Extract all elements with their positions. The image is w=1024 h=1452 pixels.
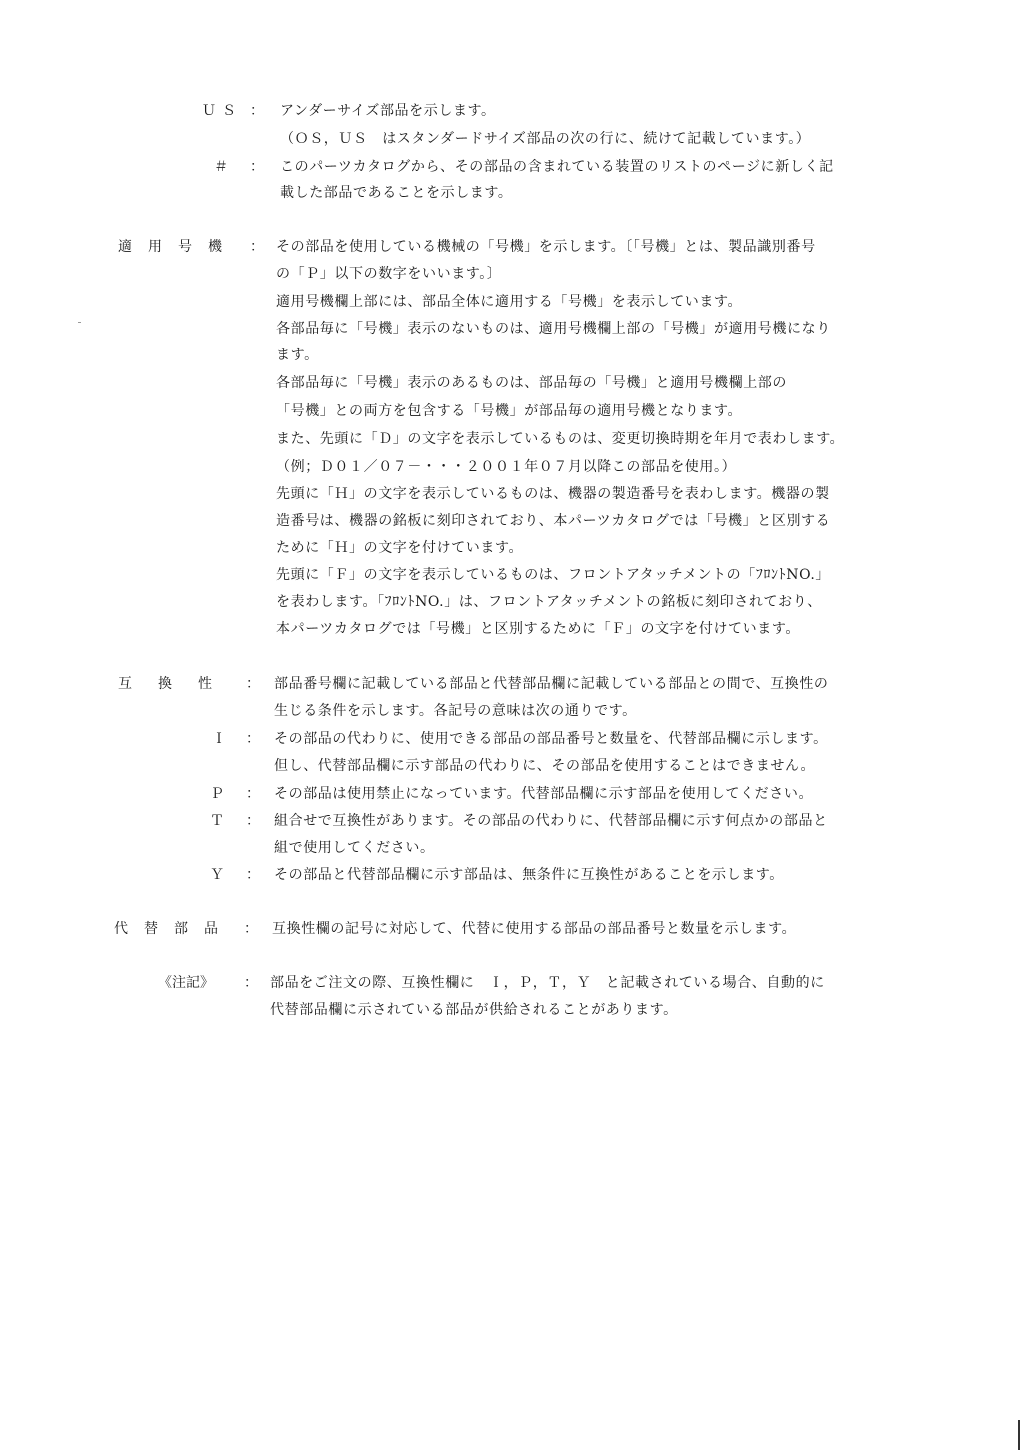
applicable-line-4: 各部品毎に「号機」表示のないものは、適用号機欄上部の「号機」が適用号機になり bbox=[276, 316, 831, 343]
applicable-line-6: 各部品毎に「号機」表示のあるものは、部品毎の「号機」と適用号機欄上部の bbox=[276, 370, 787, 397]
applicable-line-7: 「号機」との両方を包含する「号機」が部品毎の適用号機となります。 bbox=[276, 398, 742, 425]
applicable-line-3: 適用号機欄上部には、部品全体に適用する「号機」を表示しています。 bbox=[276, 289, 742, 316]
hash-line-1: このパーツカタログから、その部品の含まれている装置のリストのページに新しく記 bbox=[280, 154, 834, 181]
colon: ： bbox=[250, 154, 264, 181]
term-compatibility: 互換性 bbox=[118, 671, 238, 698]
code-p-line-1: その部品は使用禁止になっています。代替部品欄に示す部品を使用してください。 bbox=[274, 781, 813, 808]
scan-edge-mark bbox=[1018, 1420, 1020, 1450]
applicable-line-14: を表わします。「ﾌﾛﾝﾄNO.」は、フロントアタッチメントの銘板に刻印されており… bbox=[276, 589, 822, 616]
code-y-line-1: その部品と代替部品欄に示す部品は、無条件に互換性があることを示します。 bbox=[274, 862, 784, 889]
colon: ： bbox=[246, 671, 260, 698]
scan-speck bbox=[78, 322, 81, 323]
code-i-line-1: その部品の代わりに、使用できる部品の部品番号と数量を、代替部品欄に示します。 bbox=[274, 726, 828, 753]
compat-line-2: 生じる条件を示します。各記号の意味は次の通りです。 bbox=[274, 698, 637, 725]
term-us: ＵＳ bbox=[202, 98, 242, 125]
code-i: Ｉ bbox=[212, 726, 226, 753]
code-i-line-2: 但し、代替部品欄に示す部品の代わりに、その部品を使用することはできません。 bbox=[274, 753, 815, 780]
term-applicable-serial: 適用号機 bbox=[118, 234, 238, 261]
note-line-1: 部品をご注文の際、互換性欄に Ｉ，Ｐ，Ｔ，Ｙ と記載されている場合、自動的に bbox=[270, 970, 825, 997]
colon: ： bbox=[246, 862, 260, 889]
applicable-line-2: の「Ｐ」以下の数字をいいます。〕 bbox=[276, 261, 501, 288]
colon: ： bbox=[244, 970, 258, 997]
applicable-line-10: 先頭に「Ｈ」の文字を表示しているものは、機器の製造番号を表わします。機器の製 bbox=[276, 481, 830, 508]
term-note: 《注記》 bbox=[158, 970, 214, 997]
compat-line-1: 部品番号欄に記載している部品と代替部品欄に記載している部品との間で、互換性の bbox=[274, 671, 829, 698]
document-page: ＵＳ ： アンダーサイズ部品を示します。 （ＯＳ，ＵＳ はスタンダードサイズ部品… bbox=[0, 0, 1024, 1452]
applicable-line-15: 本パーツカタログでは「号機」と区別するために「Ｆ」の文字を付けています。 bbox=[276, 616, 800, 643]
hash-line-2: 載した部品であることを示します。 bbox=[280, 180, 512, 207]
applicable-line-1: その部品を使用している機械の「号機」を示します。〔「号機」とは、製品識別番号 bbox=[276, 234, 816, 261]
applicable-line-9: （例；Ｄ０１／０７－・・・２００１年０７月以降この部品を使用。） bbox=[276, 454, 736, 481]
applicable-line-5: ます。 bbox=[276, 342, 319, 369]
applicable-line-12: ために「Ｈ」の文字を付けています。 bbox=[276, 535, 523, 562]
code-t-line-1: 組合せで互換性があります。その部品の代わりに、代替部品欄に示す何点かの部品と bbox=[274, 808, 828, 835]
code-t-line-2: 組で使用してください。 bbox=[274, 835, 435, 862]
colon: ： bbox=[246, 726, 260, 753]
colon: ： bbox=[250, 98, 264, 125]
code-p: Ｐ bbox=[210, 781, 224, 808]
us-line-1: アンダーサイズ部品を示します。 bbox=[280, 98, 496, 125]
term-substitute: 代替部品 bbox=[114, 916, 234, 943]
colon: ： bbox=[246, 808, 260, 835]
us-line-2: （ＯＳ，ＵＳ はスタンダードサイズ部品の次の行に、続けて記載しています。） bbox=[280, 126, 810, 153]
applicable-line-8: また、先頭に「Ｄ」の文字を表示しているものは、変更切換時期を年月で表わします。 bbox=[276, 426, 844, 453]
term-hash: ＃ bbox=[214, 154, 228, 181]
colon: ： bbox=[250, 234, 264, 261]
applicable-line-11: 造番号は、機器の銘板に刻印されており、本パーツカタログでは「号機」と区別する bbox=[276, 508, 830, 535]
note-line-2: 代替部品欄に示されている部品が供給されることがあります。 bbox=[270, 997, 678, 1024]
colon: ： bbox=[246, 781, 260, 808]
code-t: Ｔ bbox=[210, 808, 224, 835]
substitute-line-1: 互換性欄の記号に対応して、代替に使用する部品の部品番号と数量を示します。 bbox=[272, 916, 796, 943]
colon: ： bbox=[244, 916, 258, 943]
applicable-line-13: 先頭に「Ｆ」の文字を表示しているものは、フロントアタッチメントの「ﾌﾛﾝﾄNO.… bbox=[276, 562, 830, 589]
code-y: Ｙ bbox=[210, 862, 224, 889]
